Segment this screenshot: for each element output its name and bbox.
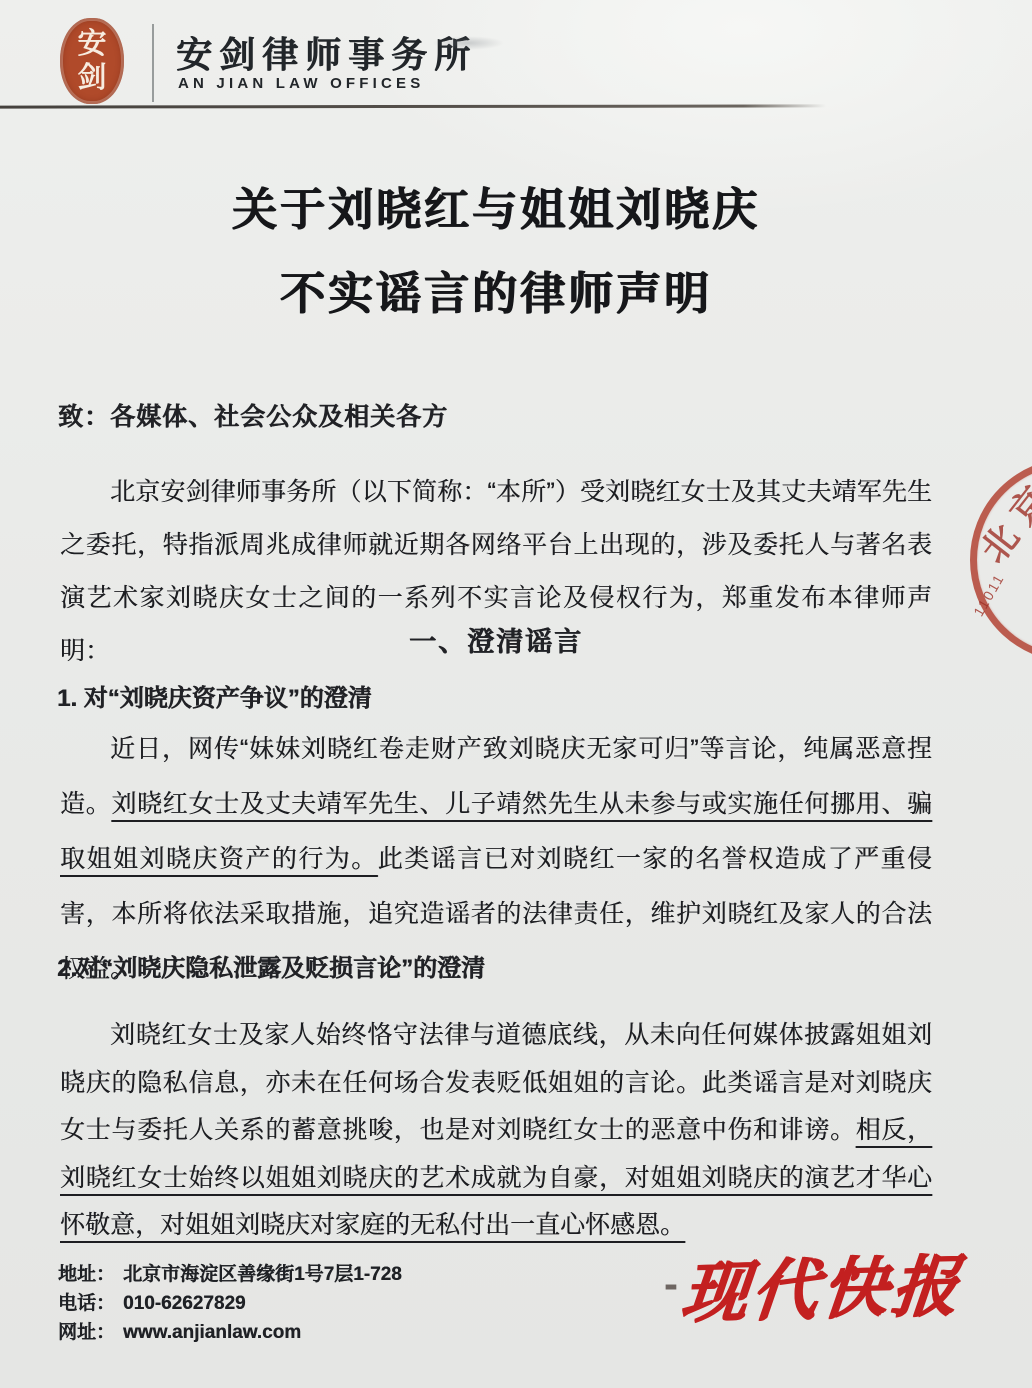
watermark-dash: - xyxy=(664,1260,678,1308)
document-title: 关于刘晓红与姐姐刘晓庆 不实谣言的律师声明 xyxy=(0,168,992,336)
official-seal-text: 北京安 xyxy=(967,427,1032,572)
salutation-line: 致：各媒体、社会公众及相关各方 xyxy=(58,397,448,433)
document-title-line2: 不实谣言的律师声明 xyxy=(0,252,992,336)
official-seal-digits: 11011 xyxy=(970,570,1007,619)
section-heading: 一、澄清谣言 xyxy=(0,620,992,659)
document-title-line1: 关于刘晓红与姐姐刘晓庆 xyxy=(0,168,992,252)
firm-seal-logo: 安 剑 xyxy=(60,18,124,104)
firm-name-english: AN JIAN LAW OFFICES xyxy=(178,75,424,92)
footer-phone-row: 电话：010-62627829 xyxy=(58,1289,402,1318)
firm-name-chinese: 安剑律师事务所 xyxy=(176,27,477,78)
header-rule-line xyxy=(0,104,826,108)
footer-contact-block: 地址：北京市海淀区善缘街1号7层1-728 电话：010-62627829 网址… xyxy=(58,1260,402,1347)
footer-address-row: 地址：北京市海淀区善缘街1号7层1-728 xyxy=(58,1260,402,1289)
item2-heading: 2.对“刘晓庆隐私泄露及贬损言论”的澄清 xyxy=(57,948,485,983)
footer-website-row: 网址：www.anjianlaw.com xyxy=(58,1318,402,1347)
address-value: 北京市海淀区善缘街1号7层1-728 xyxy=(123,1264,402,1285)
website-label: 网址： xyxy=(58,1322,115,1343)
newspaper-watermark: - 现代快报 xyxy=(664,1236,962,1331)
phone-label: 电话： xyxy=(58,1293,115,1314)
website-value: www.anjianlaw.com xyxy=(123,1322,301,1343)
item2-paragraph: 刘晓红女士及家人始终恪守法律与道德底线，从未向任何媒体披露姐姐刘晓庆的隐私信息，… xyxy=(60,1012,932,1250)
item1-heading: 1. 对“刘晓庆资产争议”的澄清 xyxy=(57,678,372,713)
scan-smudge xyxy=(432,36,504,50)
text-segment: 刘晓红女士及家人始终恪守法律与道德底线，从未向任何媒体披露姐姐刘晓庆的隐私信息，… xyxy=(60,1021,932,1144)
scanned-legal-statement-page: 安 剑 安剑律师事务所 AN JIAN LAW OFFICES 关于刘晓红与姐姐… xyxy=(0,0,1032,1388)
phone-value: 010-62627829 xyxy=(123,1293,246,1314)
logo-character-top: 安 xyxy=(77,28,106,61)
watermark-text: 现代快报 xyxy=(677,1232,966,1335)
logo-character-bottom: 剑 xyxy=(77,62,106,95)
address-label: 地址： xyxy=(58,1264,115,1285)
header-vertical-divider xyxy=(152,24,154,102)
